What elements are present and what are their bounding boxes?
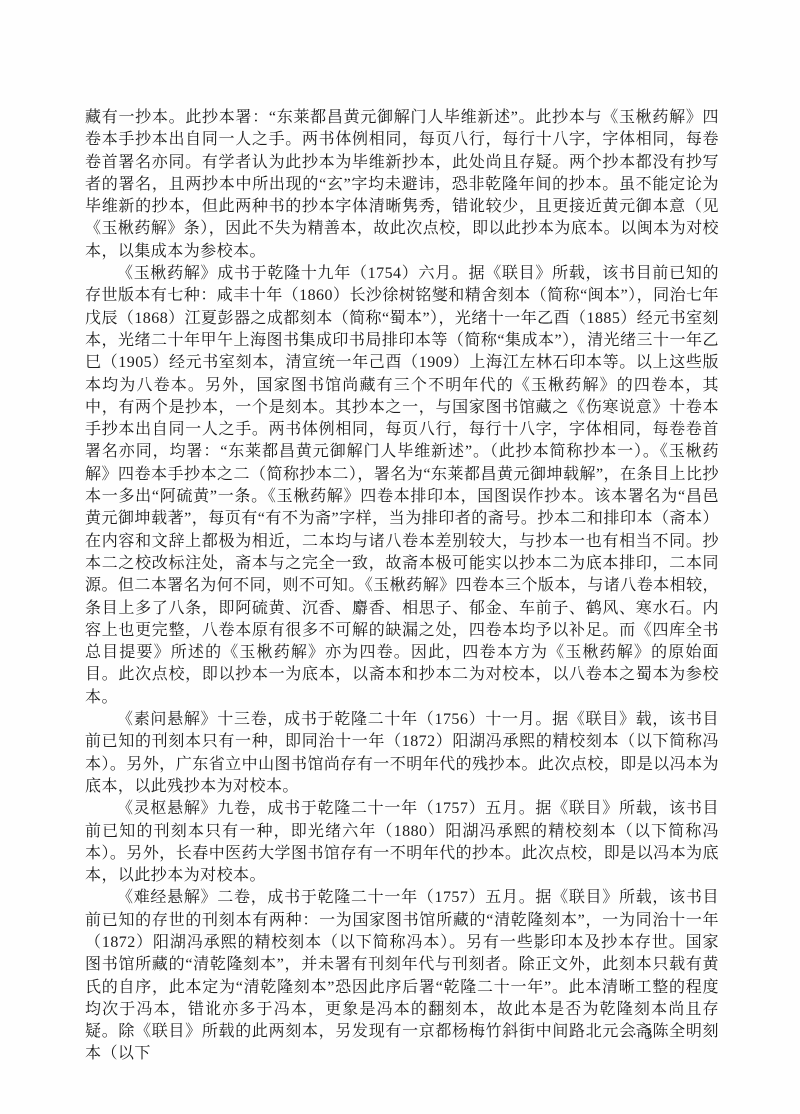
book-page: 藏有一抄本。此抄本署：“东莱都昌黄元御解门人毕维新述”。此抄本与《玉楸药解》四卷… bbox=[0, 0, 800, 1114]
page-body-text: 藏有一抄本。此抄本署：“东莱都昌黄元御解门人毕维新述”。此抄本与《玉楸药解》四卷… bbox=[85, 107, 719, 1066]
paragraph-nanjing-xuanjie: 《难经悬解》二卷，成书于乾隆二十一年（1757）五月。据《联目》所载，该书目前已… bbox=[85, 887, 719, 1065]
page-number: · 3 · bbox=[632, 1027, 667, 1044]
paragraph-yuqiu-yaojie: 《玉楸药解》成书于乾隆十九年（1754）六月。据《联目》所载，该书目前已知的存世… bbox=[85, 263, 719, 709]
paragraph-continuation: 藏有一抄本。此抄本署：“东莱都昌黄元御解门人毕维新述”。此抄本与《玉楸药解》四卷… bbox=[85, 107, 719, 263]
paragraph-suwen-xuanjie: 《素问悬解》十三卷，成书于乾隆二十年（1756）十一月。据《联目》载，该书目前已… bbox=[85, 709, 719, 798]
paragraph-lingshu-xuanjie: 《灵枢悬解》九卷，成书于乾隆二十一年（1757）五月。据《联目》所载，该书目前已… bbox=[85, 798, 719, 887]
